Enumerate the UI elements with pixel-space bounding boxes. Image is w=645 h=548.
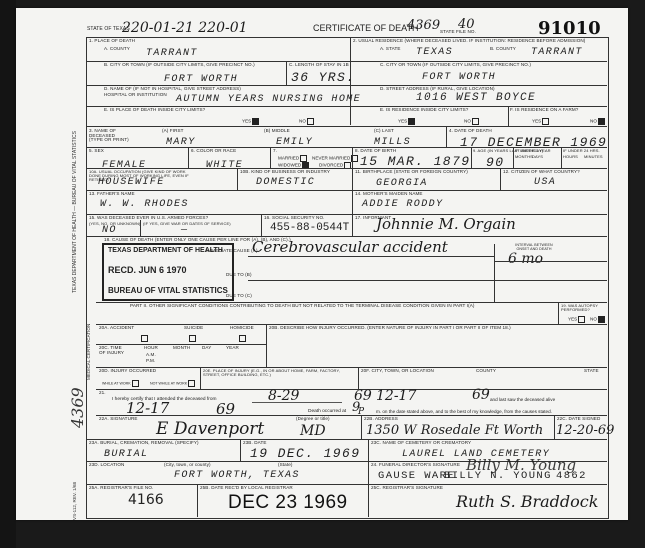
injury-state-label: STATE [584,369,599,374]
handwritten-file-no: 4369 [407,19,440,32]
attended-to: 12-17 [376,389,416,403]
ssn: 455-88-0544T [270,222,349,234]
armed-forces-dates: — [181,226,188,236]
burial-date: 19 DEC. 1969 [250,447,360,460]
date-recd: DEC 23 1969 [228,492,348,514]
res-county: TARRANT [531,48,583,58]
burial-method: BURIAL [104,450,148,460]
section-2-label: 2. USUAL RESIDENCE (Where deceased lived… [353,39,585,44]
last-label: (c) Last [374,129,394,134]
date-signed: 12-20-69 [556,424,614,437]
burial-location-label: 23d. LOCATION [89,463,124,468]
res-inside-city-no[interactable]: NO [464,118,479,125]
describe-injury-label: 20b. DESCRIBE HOW INJURY OCCURRED. (Ente… [269,326,511,331]
under-day-label: IF UNDER 24 HRS. [563,149,600,153]
marital-married[interactable]: Married [278,155,307,162]
stay-label: c. LENGTH OF STAY in 1b [289,63,349,68]
physician-address-label: 22b. ADDRESS [364,417,398,422]
father-label: 13. FATHER'S NAME [89,192,135,197]
physician-degree: MD [300,424,326,438]
burial-location: FORT WORTH, TEXAS [174,471,300,481]
suicide-checkbox[interactable] [188,335,196,342]
days-label: Days [532,155,543,159]
res-state-label: a. STATE [380,47,401,52]
inside-city-no[interactable]: NO [299,118,314,125]
length-of-stay: 36 YRS. [291,71,355,84]
race-label: 6. COLOR OR RACE [191,149,236,154]
res-farm-no[interactable]: NO [590,118,605,125]
attended-from: 8-29 [268,389,299,403]
birthplace: GEORGIA [376,179,428,189]
birthplace-label: 11. BIRTHPLACE (State or foreign country… [355,170,468,175]
accident-checkbox[interactable] [140,335,148,342]
part2-label: PART II. OTHER SIGNIFICANT CONDITIONS CO… [130,304,475,309]
death-certificate: STATE OF TEXAS 220-01-21 220-01 CERTIFIC… [16,8,628,520]
section-1-label: 1. PLACE OF DEATH [89,39,135,44]
minutes-label: Minutes [584,155,603,159]
registrar-file-no: 4166 [128,492,164,508]
cert-text-3: m. on the date stated above, and to the … [376,409,552,414]
hour-label: Hour [144,346,158,351]
res-street-label: d. STREET ADDRESS (If rural, give locati… [380,87,495,92]
citizen-label: 12. CITIZEN OF WHAT COUNTRY? [503,170,580,175]
location-sub2: (State) [278,463,293,468]
suicide-label: SUICIDE [184,326,203,331]
marital-label: 7. [273,149,277,154]
county-label: a. COUNTY [104,47,130,52]
hours-label: Hours [563,155,578,159]
res-city: FORT WORTH [422,73,496,83]
res-city-label: c. CITY OR TOWN (If outside city limits,… [380,63,531,68]
middle-label: (b) Middle [264,129,290,134]
place-city: FORT WORTH [164,75,238,85]
injury-occurred-label: 20d. INJURY OCCURRED [99,369,156,374]
margin-handwritten-number: 4369 [70,387,86,428]
father-name: W. W. RHODES [100,200,189,210]
pm-label: p.m. [146,359,155,364]
mother-label: 14. MOTHER'S MAIDEN NAME [355,192,423,197]
dod-label: 4. DATE OF DEATH [449,129,492,134]
state-file-label: STATE FILE NO. [440,30,476,35]
degree-label: (Degree or title) [296,417,330,422]
res-farm-label: f. IS RESIDENCE ON A FARM? [510,108,578,113]
date-signed-label: 22c. DATE SIGNED [557,417,600,422]
ssn-label: 16. SOCIAL SECURITY NO. [264,216,325,221]
time-of-injury-label: 20c. TIME OF INJURY [99,346,127,355]
sex-label: 5. SEX [89,149,104,154]
res-county-label: b. COUNTY [490,47,516,52]
funeral-director-label: 24. FUNERAL DIRECTOR'S SIGNATURE [371,463,460,468]
attended-to-year: 69 [472,388,490,402]
res-inside-city-label: e. IS RESIDENCE INSIDE CITY LIMITS? [380,108,468,113]
certificate-number: 91010 [538,18,601,39]
autopsy-yes[interactable]: YES [568,316,585,323]
scan-border [0,0,16,548]
interval: 6 mo [508,252,543,266]
first-label: (a) First [162,129,184,134]
homicide-checkbox[interactable] [238,335,246,342]
form-revision: VS-112, REV. 1/68 [72,482,77,520]
location-sub1: (City, town, or county) [164,463,211,468]
inside-city-label: e. IS PLACE OF DEATH INSIDE CITY LIMITS? [104,108,205,113]
am-label: a.m. [146,353,156,358]
autopsy-no[interactable]: NO [590,316,605,323]
physician-signature-label: 22a. SIGNATURE [99,417,138,422]
business: DOMESTIC [256,178,315,188]
homicide-label: HOMICIDE [230,326,254,331]
res-farm-yes[interactable]: YES [532,118,549,125]
date-of-birth: 15 MAR. 1879 [360,155,470,168]
while-at-work[interactable]: WHILE AT WORK [102,380,139,387]
registrar-file-label: 25a. REGISTRAR'S FILE NO. [89,486,153,491]
month-label: Month [173,346,190,351]
received-stamp: TEXAS DEPARTMENT OF HEALTH RECD. JUN 6 1… [102,243,234,301]
burial-method-label: 23a. BURIAL, CREMATION, REMOVAL (Specify… [89,441,199,446]
autopsy-label: 19. WAS AUTOPSY PERFORMED? [561,304,605,312]
city-label: b. CITY OR TOWN (If outside city limits,… [104,63,255,68]
mother-name: ADDIE RODDY [362,200,443,210]
months-label: Months [515,155,533,159]
under-year-label: IF UNDER 1 YEAR [515,149,551,153]
state-code: 220-01-21 220-01 [122,21,248,35]
not-while-at-work[interactable]: NOT WHILE AT WORK [150,380,195,387]
cert-text-2: and last saw the deceased alive [490,397,555,402]
funeral-director-signature: Billy M. Young [466,458,576,473]
citizen: USA [534,178,556,188]
department-side-text: TEXAS DEPARTMENT OF HEALTH — BUREAU OF V… [72,131,78,293]
last-seen-date: 12-17 [126,401,169,416]
place-of-injury-label: 20e. PLACE OF INJURY (e.g., in or about … [203,369,355,377]
immediate-cause: Cerebrovascular accident [252,240,448,255]
inside-city-yes[interactable]: YES [242,118,259,125]
name-label: 3. NAME OF DECEASED (Type or print) [89,129,129,143]
dob-label: 8. DATE OF BIRTH [355,149,396,154]
cert-label: 21. [99,391,106,396]
res-state: TEXAS [416,48,453,58]
registrar-signature: Ruth S. Braddock [456,494,598,510]
armed-forces: NO [102,226,117,236]
date-recd-label: 25b. DATE REC'D BY LOCAL REGISTRAR [200,486,293,491]
res-street: 1016 WEST BOYCE [416,93,536,104]
physician-signature: E Davenport [156,421,264,438]
medical-certification-side-text: MEDICAL CERTIFICATION [86,324,91,380]
injury-county-label: COUNTY [476,369,496,374]
place-county: TARRANT [146,49,198,59]
year-label: Year [226,346,239,351]
institution-label: d. NAME OF (If not in hospital, give str… [104,87,241,92]
armed-forces-label: 15. WAS DECEASED EVER IN U.S. ARMED FORC… [89,216,208,221]
physician-address: 1350 W Rosedale Ft Worth [366,424,543,437]
accident-label: 20a. ACCIDENT [99,326,134,331]
institution-label-2: HOSPITAL OR INSTITUTION [104,93,167,98]
informant: Johnnie M. Orgain [376,217,516,232]
injury-city-label: 20f. CITY, TOWN, OR LOCATION [361,369,434,374]
certificate-title: CERTIFICATE OF DEATH [313,23,419,33]
day-label: Day [202,346,211,351]
institution-name: AUTUMN YEARS NURSING HOME [176,95,361,105]
occupation: HOUSEWIFE [98,178,165,188]
registrar-signature-label: 25c. REGISTRAR'S SIGNATURE [371,486,443,491]
business-label: 10b. KIND OF BUSINESS OR INDUSTRY [240,170,330,175]
death-occurred-label: Death occurred at [308,409,346,414]
res-inside-city-yes[interactable]: YES [398,118,415,125]
cemetery-label: 23c. NAME OF CEMETERY OR CREMATORY [371,441,471,446]
burial-date-label: 23b. DATE [243,441,267,446]
